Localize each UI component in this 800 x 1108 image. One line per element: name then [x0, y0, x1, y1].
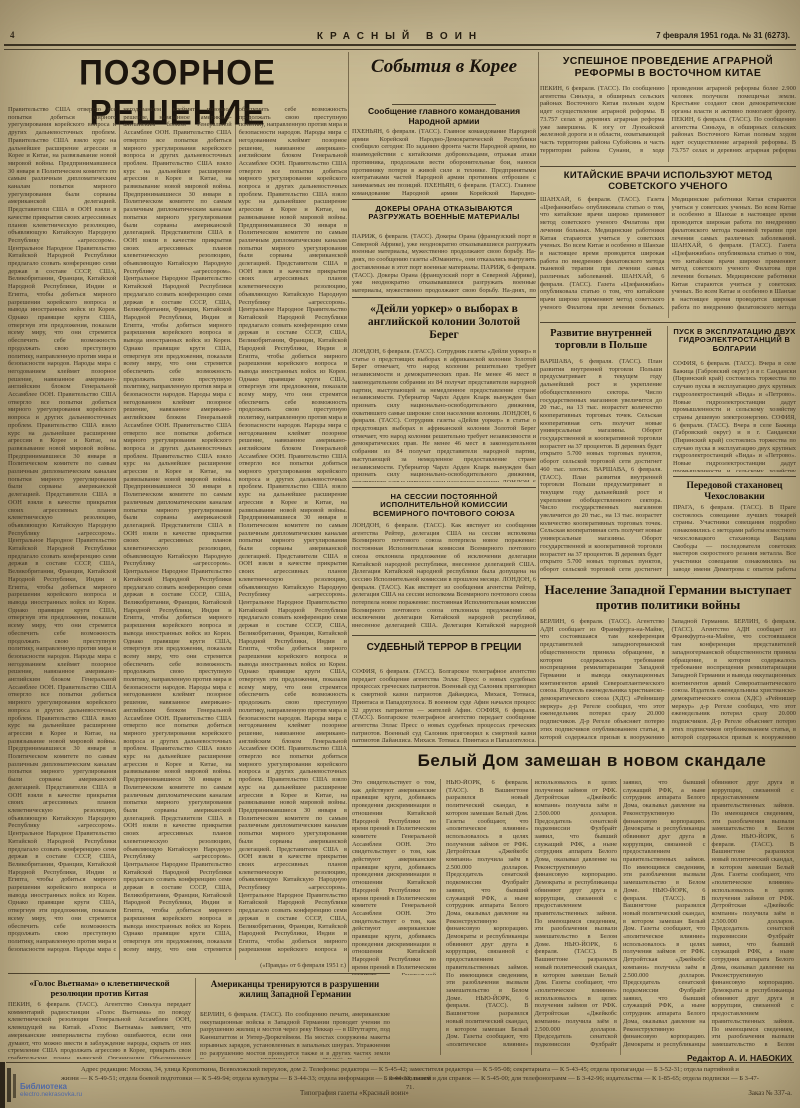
- rule-after-vrachi: [540, 322, 796, 323]
- column-divider-3: [667, 326, 668, 576]
- rule-after-dokery: [352, 297, 536, 298]
- article-vietnam-body: ПЕКИН, 6 февраля. (ТАСС). Агентство Синь…: [8, 1001, 191, 1059]
- article-koreya-subtitle: Сообщение главного командования Народной…: [352, 107, 536, 126]
- column-divider-4: [440, 779, 441, 1055]
- library-stamp: Библиотека electro.nekrasovka.ru: [20, 1082, 82, 1098]
- article-stakhanovets-headline: Передовой стахановец Чехословакии: [673, 481, 796, 502]
- scan-artifact-bar1: [0, 1062, 5, 1108]
- article-bolgariya-body: СОФИЯ, 6 февраля. (ТАСС). Вчера в селе Б…: [673, 360, 796, 472]
- article-agrar-headline: УСПЕШНОЕ ПРОВЕДЕНИЕ АГРАРНОЙ РЕФОРМЫ В В…: [540, 56, 796, 80]
- rule-before-skandal: [352, 746, 796, 747]
- article-editorial-body: Правительство США отвергло все попытки д…: [8, 106, 347, 960]
- article-daily-headline: «Дейли уоркер» о выборах в английской ко…: [352, 303, 536, 342]
- column-divider-5: [195, 978, 196, 1060]
- koreya-rule: [392, 104, 496, 105]
- article-gretsiya-body: СОФИЯ, 6 февраля. (ТАСС). Болгарское тел…: [352, 668, 536, 742]
- article-polsha-headline: Развитие внутренней торговли в Польше: [540, 328, 662, 352]
- article-postal-headline: НА СЕССИИ ПОСТОЯННОЙ ИСПОЛНИТЕЛЬНОЙ КОМИ…: [352, 493, 536, 518]
- header-rule: [4, 44, 796, 50]
- article-editorial-credit: («Правда» от 6 февраля 1951 г.): [226, 962, 346, 969]
- article-germaniya-body: БЕРЛИН, 6 февраля. (ТАСС). Агентство АДН…: [540, 618, 796, 742]
- article-germaniya-headline: Население Западной Германии выступает пр…: [540, 583, 796, 612]
- article-gretsiya-headline: СУДЕБНЫЙ ТЕРРОР В ГРЕЦИИ: [352, 642, 536, 653]
- library-stamp-title: Библиотека: [20, 1082, 82, 1091]
- article-skandal-headline: Белый Дом замешан в новом скандале: [392, 751, 792, 770]
- rule-after-bolgariya: [673, 476, 796, 477]
- article-koreya-headline: События в Корее: [352, 56, 536, 77]
- article-polsha-body: ВАРШАВА, 6 февраля. (ТАСС). План развити…: [540, 358, 662, 574]
- footer-rule-top: [6, 1062, 794, 1063]
- issue-date: 7 февраля 1951 года. № 31 (6273).: [656, 31, 790, 40]
- article-vietnam-headline: «Голос Вьетнама» о клеветнической резолю…: [8, 979, 191, 998]
- article-bolgariya-headline: ПУСК В ЭКСПЛУАТАЦИЮ ДВУХ ГИДРОЭЛЕКТРОСТА…: [673, 328, 796, 353]
- article-amerikantsy-body: БЕРЛИН, 6 февраля. (ТАСС). По сообщению …: [200, 1011, 390, 1059]
- rule-before-bottom-articles: [8, 973, 390, 974]
- rule-after-postal: [352, 635, 536, 636]
- footer-typography: Типография газеты «Красный воин»: [300, 1089, 560, 1097]
- article-vrachi-body: ШАНХАЙ, 6 февраля. (ТАСС). Газета «Цзефа…: [540, 196, 796, 318]
- article-vrachi-headline: КИТАЙСКИЕ ВРАЧИ ИСПОЛЬЗУЮТ МЕТОД СОВЕТСК…: [540, 171, 796, 192]
- newspaper-page: 4 КРАСНЫЙ ВОИН 7 февраля 1951 года. № 31…: [0, 0, 800, 1108]
- scan-artifact-bar3: [13, 1074, 16, 1098]
- article-dokery-headline: ДОКЕРЫ ОРАНА ОТКАЗЫВАЮТСЯ РАЗГРУЖАТЬ ВОЕ…: [352, 205, 536, 222]
- column-divider-2: [538, 52, 539, 746]
- article-amerikantsy-headline: Американцы тренируются в разрушении жили…: [200, 979, 390, 999]
- rule-after-daily: [352, 487, 536, 488]
- rule-after-koreya: [352, 199, 536, 200]
- rule-before-germaniya: [540, 578, 796, 579]
- column-divider-1: [348, 52, 349, 972]
- article-koreya-body: ПХЕНЬЯН, 6 февраля. (ТАСС). Главное кома…: [352, 128, 536, 196]
- rule-after-agrar: [540, 166, 796, 167]
- article-postal-body: ЛОНДОН, 6 февраля. (ТАСС). Как явствует …: [352, 522, 536, 630]
- article-dokery-body: ПАРИЖ, 6 февраля. (ТАСС). Докеры Орана (…: [352, 233, 536, 293]
- article-skandal-body: НЬЮ-ЙОРК, 6 февраля. (ТАСС). В Вашингтон…: [446, 779, 794, 1055]
- scan-artifact-bar2: [7, 1068, 11, 1102]
- column-tail-text: Это свидетельствует о том, как действуют…: [352, 779, 436, 975]
- article-agrar-body: ПЕКИН, 6 февраля. (ТАСС). По сообщению а…: [540, 85, 796, 162]
- footer-order-number: Заказ № 337-а.: [660, 1089, 792, 1097]
- library-stamp-url: electro.nekrasovka.ru: [20, 1091, 82, 1098]
- article-daily-body: ЛОНДОН, 6 февраля. (ТАСС). Сотрудник газ…: [352, 348, 536, 482]
- article-stakhanovets-body: ПРАГА, 6 февраля. (ТАСС). В Праге состоя…: [673, 504, 796, 574]
